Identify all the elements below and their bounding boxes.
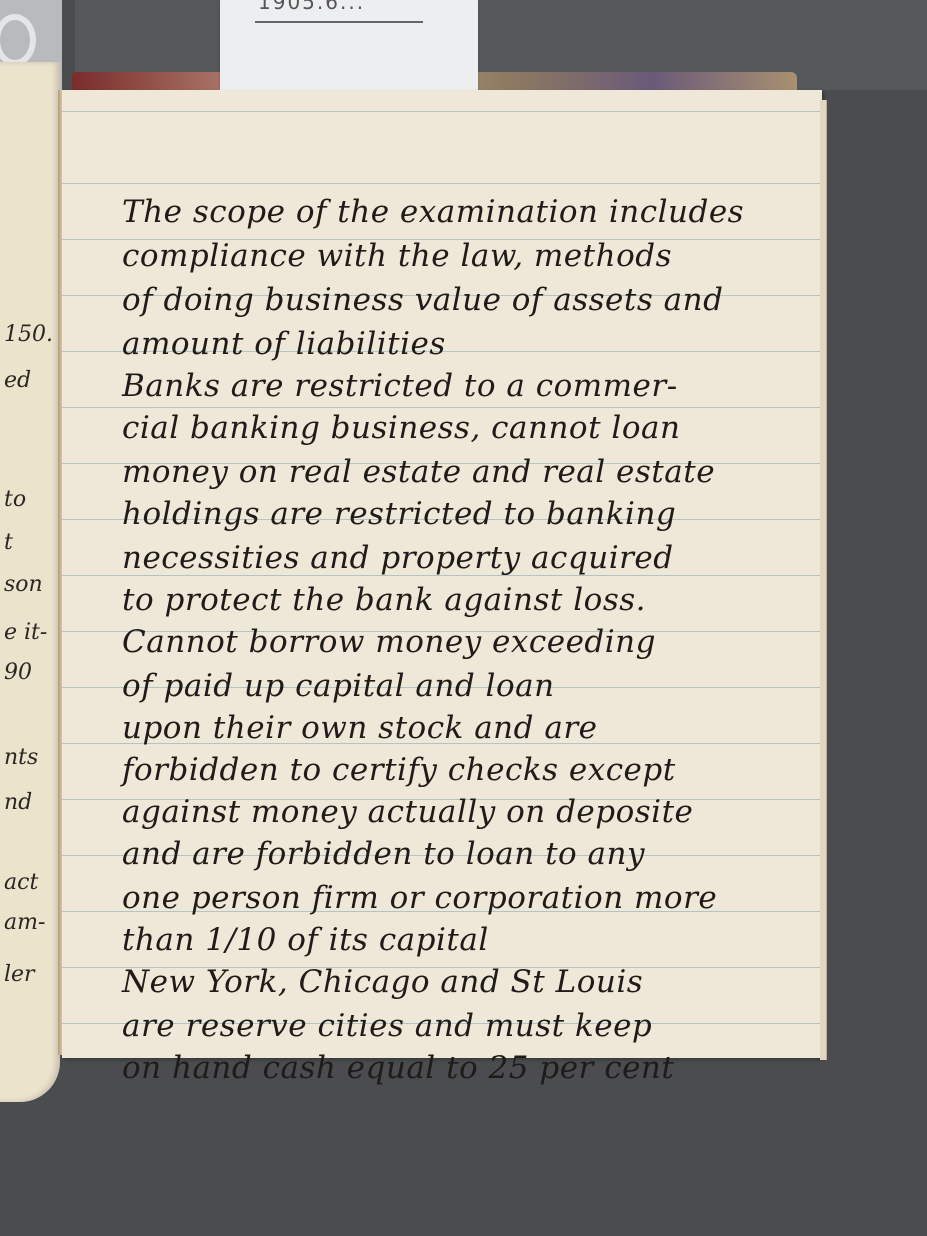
left-page-fragment: nts [4,745,38,770]
handwritten-line: New York, Chicago and St Louis [122,964,643,1000]
left-page-fragment: son [4,572,43,597]
handwritten-line: Banks are restricted to a commer- [122,368,678,404]
handwritten-line: cial banking business, cannot loan [122,410,680,446]
handwritten-line: money on real estate and real estate [122,454,715,490]
handwritten-line: on hand cash equal to 25 per cent [122,1050,674,1086]
handwritten-line: compliance with the law, methods [122,238,672,274]
left-page: 150. ed to t son e it- 90 nts nd act am-… [0,62,60,1102]
catalog-label-card: 1905.6... [220,0,478,96]
left-page-fragment: am- [4,910,45,935]
handwritten-line: of doing business value of assets and [122,282,723,318]
handwritten-line: to protect the bank against loss. [122,582,646,618]
handwritten-line: one person firm or corporation more [122,880,717,916]
handwritten-line: Cannot borrow money exceeding [122,624,656,660]
left-page-fragment: ed [4,368,31,393]
label-card-text: 1905.6... [258,0,365,14]
left-page-fragment: 90 [4,660,32,685]
handwritten-line: against money actually on deposite [122,794,693,830]
left-page-fragment: e it- [4,620,47,645]
handwritten-line: upon their own stock and are [122,710,598,746]
handwritten-line: than 1/10 of its capital [122,922,489,958]
left-page-fragment: t [4,530,13,555]
handwritten-line: amount of liabilities [122,326,446,362]
handwritten-line: necessities and property acquired [122,540,674,576]
handwritten-line: are reserve cities and must keep [122,1008,652,1044]
page-edge [820,100,827,1060]
left-page-fragment: to [4,487,26,512]
right-page: The scope of the examination includes co… [62,90,822,1058]
handwritten-line: forbidden to certify checks except [122,752,676,788]
handwritten-line: holdings are restricted to banking [122,496,676,532]
left-page-fragment: 150. [4,322,53,347]
label-underline [255,21,423,23]
left-page-fragment: act [4,870,38,895]
handwritten-line: and are forbidden to loan to any [122,836,645,872]
handwritten-line: The scope of the examination includes [122,194,744,230]
left-page-fragment: nd [4,790,32,815]
handwritten-line: of paid up capital and loan [122,668,555,704]
left-page-fragment: ler [4,962,35,987]
